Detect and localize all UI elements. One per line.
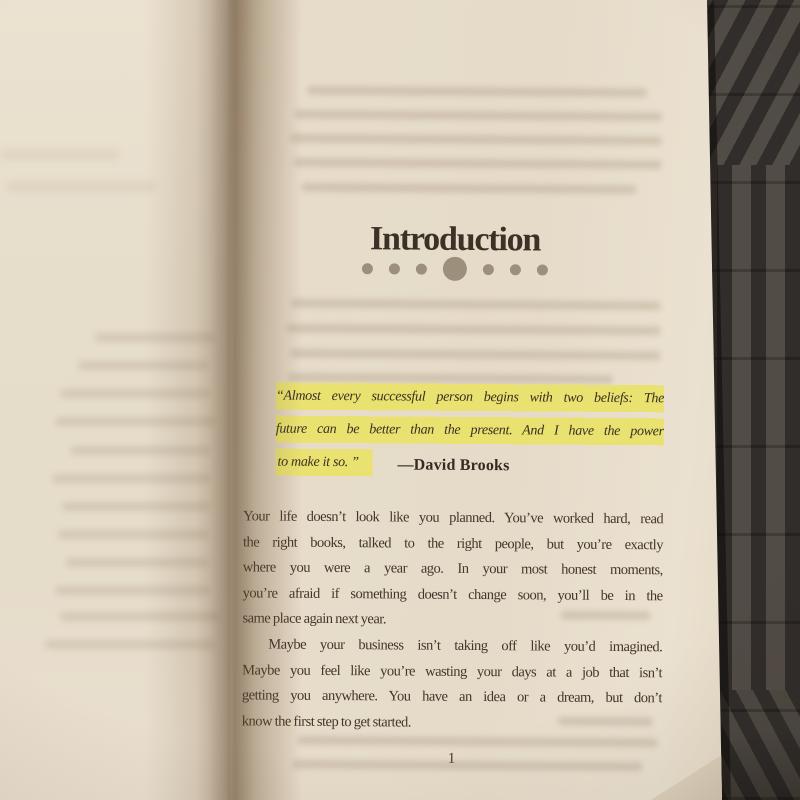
show-through-line [60, 389, 210, 398]
body-text-line: the right books, talked to the right peo… [243, 530, 663, 558]
right-book-page: Introduction “Almost every successful pe… [230, 0, 723, 800]
show-through-line [78, 361, 208, 370]
body-text-line: you’re afraid if something doesn’t chang… [243, 581, 663, 609]
page-content: Introduction “Almost every successful pe… [227, 0, 726, 800]
body-text-line: Maybe you feel like you’re wasting your … [242, 658, 662, 686]
show-through-line [60, 612, 220, 621]
show-through-line [58, 530, 208, 539]
page-number: 1 [241, 749, 661, 769]
show-through-line [290, 134, 662, 146]
show-through-line [290, 349, 660, 361]
ornament-dot [389, 263, 400, 274]
body-paragraph-2: Maybe your business isn’t taking off lik… [242, 632, 663, 737]
ornament-dot [537, 264, 548, 275]
show-through-line [298, 736, 658, 748]
show-through-line [55, 417, 215, 426]
body-text-line: where you were a year ago. In your most … [243, 555, 663, 583]
book-photo-scene: Introduction “Almost every successful pe… [0, 0, 800, 800]
chapter-ornament-dots [245, 253, 665, 284]
quote-line: future can be better than the present. A… [276, 413, 664, 449]
show-through-line [62, 502, 210, 511]
show-through-line [52, 474, 210, 483]
body-paragraph-1: Your life doesn’t look like you planned.… [242, 504, 663, 634]
ornament-dot [362, 263, 373, 274]
body-text-line: Your life doesn’t look like you planned.… [243, 504, 663, 532]
show-through-line [291, 299, 661, 311]
show-through-line [0, 150, 120, 159]
show-through-line [45, 640, 215, 649]
ornament-dot [510, 264, 521, 275]
show-through-line [307, 86, 647, 97]
show-through-line [55, 586, 210, 595]
body-text-line: getting you anywhere. You have an idea o… [242, 683, 662, 711]
quote-line: “Almost every successful person begins w… [276, 380, 664, 416]
show-through-line [70, 446, 210, 455]
show-through-line [294, 110, 662, 122]
body-text-line: know the first step to get started. [242, 709, 662, 737]
ornament-dot [443, 257, 467, 281]
show-through-line [66, 558, 208, 567]
show-through-line [294, 158, 662, 170]
ornament-dot [416, 263, 427, 274]
quote-attribution: —David Brooks [243, 455, 663, 476]
show-through-line [95, 333, 215, 342]
body-text-line: same place again next year. [242, 606, 662, 634]
left-book-page [0, 0, 233, 800]
body-text-line: Maybe your business isn’t taking off lik… [242, 632, 662, 660]
ornament-dot [483, 264, 494, 275]
show-through-line [301, 183, 636, 194]
show-through-line [286, 324, 660, 336]
show-through-line [6, 182, 156, 191]
